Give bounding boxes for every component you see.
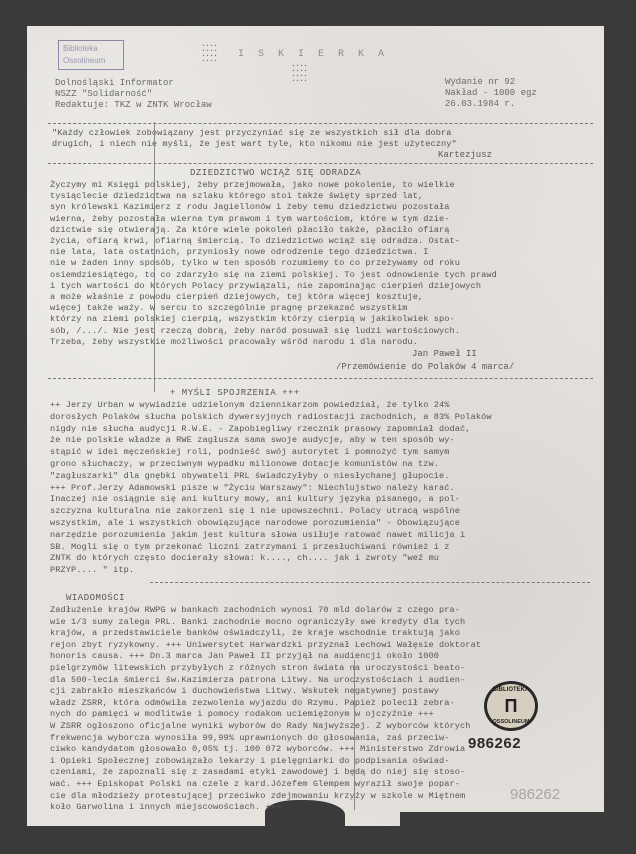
motto-line: drugich, i niech nie myśli, że jest wart… [52,139,457,149]
text-line: sób, /.../. Nie jest rzeczą dobrą, żeby … [50,326,460,336]
text-line: dzictwie się otwierają. Za które wiele p… [50,225,450,235]
text-line: ZNTK do których często docierały słowa: … [50,553,439,563]
inventory-number: 986262 [468,735,521,752]
text-line: nie w żaden inny sposób, tylko w ten spo… [50,258,460,268]
stamp-center-icon: П [487,696,535,717]
text-line: SB. Mogli się o tym przekonać liczni zat… [50,542,450,552]
section-heading: DZIEDZICTWO WCIĄŻ SIĘ ODRADZA [190,168,361,178]
text-line: Życzymy mi Księgi polskiej, żeby przejmo… [50,180,455,190]
issue-block: Wydanie nr 92Nakład - 1000 egz26.03.1984… [445,77,537,110]
text-line: cji zabrakło mieszkańców i duchowieństwa… [50,686,439,696]
text-line: i Opieki Społecznej zobowiązało lekarzy … [50,756,450,766]
text-line: narzędzie porozumienia jakim jest kultur… [50,530,465,540]
masthead: ▪▪▪▪▪▪▪▪▪▪▪▪▪▪▪▪ I S K I E R K A ▪▪▪▪▪▪▪… [200,44,400,84]
stamp-line: Ossolineum [63,55,119,67]
motto-author: Kartezjusz [438,150,492,160]
text-line: wać. +++ Episkopat Polski na czele z kar… [50,779,460,789]
publisher-line: Dolnośląski Informator [55,78,212,89]
text-line: wie 1/3 sumy zalega PRL. Banki zachodnie… [50,617,465,627]
text-line: krajów, a przedstawiciele banków oświadc… [50,628,460,638]
text-line: tysiąclecie dziedzictwa na szlaku któreg… [50,191,423,201]
text-line: szczyzna kulturalna nie zakorzeni się i … [50,506,460,516]
text-line: dorosłych Polaków słucha polskich dywers… [50,412,492,422]
text-line: grono słuchaczy, w przeciwnym wypadku mi… [50,459,439,469]
issue-line: Nakład - 1000 egz [445,88,537,99]
text-line: nie lata, lata ostatnich, przyniosły now… [50,247,429,257]
stamp-top-text: BIBLIOTEKA [487,687,535,693]
text-line: pielgrzymów litewskich przybyłych z różn… [50,663,465,673]
text-line: wszystkim, ale i wszystkich obowiązujące… [50,518,460,528]
text-line: +++ Prof.Jerzy Adamowski pisze w "Życiu … [50,483,455,493]
text-line: ++ Jerzy Urban w wywiadzie udzielonym dz… [50,400,450,410]
text-line: frekwencja wyborcza wynosiła 99,99% upra… [50,733,450,743]
text-line: władz ZSRR, która odmówiła zezwolenia wy… [50,698,455,708]
text-line: i tych wartości do których Polacy przywi… [50,281,481,291]
source-note: /Przemówienie do Polaków 4 marca/ [336,362,514,372]
text-line: dla 500-lecia śmierci św.Kazimierza patr… [50,675,465,685]
text-line: wierna, żeby pozostała wierna tym prawom… [50,214,450,224]
motto-line: "Każdy człowiek zobowiązany jest przyczy… [52,128,452,138]
text-line: osiemdziesiątego, to co zdarzyło się na … [50,270,497,280]
issue-line: 26.03.1984 r. [445,99,537,110]
stamp-line: Biblioteka [63,43,119,55]
text-line: "zagłuszarki" dla gnębki obywateli PRL ś… [50,471,450,481]
text-line: a może właśnie z powodu cierpień dziejow… [50,292,423,302]
text-line: że nie polskie władze a RWE zagłusza sam… [50,435,455,445]
text-line: którzy na ziemi polskiej cierpią, wszyst… [50,314,455,324]
text-line: rejon zbyt ryzykowny. +++ Uniwersytet Ha… [50,640,481,650]
text-line: koło Garwolina i innych miejscowościach.… [50,802,281,812]
signature: Jan Paweł II [412,349,477,359]
text-line: stąpić w idei męczeńskiej roli, podnieść… [50,447,450,457]
library-round-stamp: BIBLIOTEKA П OSSOLINEUM [484,681,538,731]
library-stamp-box: Biblioteka Ossolineum [58,40,124,70]
ornament-left-icon: ▪▪▪▪▪▪▪▪▪▪▪▪▪▪▪▪ [202,44,218,64]
issue-line: Wydanie nr 92 [445,77,537,88]
divider [48,123,593,124]
text-line: Inaczej nie osiągnie się ani kultury mow… [50,494,460,504]
publisher-line: Redaktuje: TKZ w ZNTK Wrocław [55,100,212,111]
text-line: nigdy nie słucha audycji R.W.E. - Zapobi… [50,424,471,434]
publisher-block: Dolnośląski InformatorNSZZ "Solidarność"… [55,78,212,111]
text-line: honoris causa. +++ Dn.3 marca Jan Paweł … [50,651,439,661]
section-heading: + MYŚLI SPOJRZENIA +++ [170,388,300,398]
ornament-right-icon: ▪▪▪▪▪▪▪▪▪▪▪▪▪▪▪▪ [292,64,308,84]
masthead-title: I S K I E R K A [238,49,388,60]
text-line: PRZYP.... " itp. [50,565,134,575]
divider [48,378,593,379]
stamp-bottom-text: OSSOLINEUM [487,719,535,725]
divider [48,163,593,164]
inventory-handwritten: 986262 [510,786,560,803]
torn-edge [400,812,604,826]
publisher-line: NSZZ "Solidarność" [55,89,212,100]
text-line: cie dla młodzieży protestującej przeciwk… [50,791,465,801]
text-line: W ZSRR ogłoszono oficjalne wyniki wyboró… [50,721,471,731]
text-line: nych do pamięci w modlitwie i pomocy rod… [50,709,434,719]
text-line: czeniami, że zapoznali się z zasadami et… [50,767,465,777]
text-line: więcej także waży. W sercu to szczególni… [50,303,407,313]
divider [150,582,590,583]
text-line: syn królewski Kazimierz z rodu Jagiellon… [50,202,450,212]
text-line: Trzeba, żeby wszystkie możliwości pracow… [50,337,418,347]
text-line: życia, ofiarą krwi, ofiarną śmiercią. To… [50,236,460,246]
section-heading: WIADOMOŚCI [66,593,125,603]
fold-line [354,660,355,810]
text-line: Zadłużenie krajów RWPG w bankach zachodn… [50,605,460,615]
text-line: ciwko kandydatom głosowało 0,05% tj. 100… [50,744,465,754]
